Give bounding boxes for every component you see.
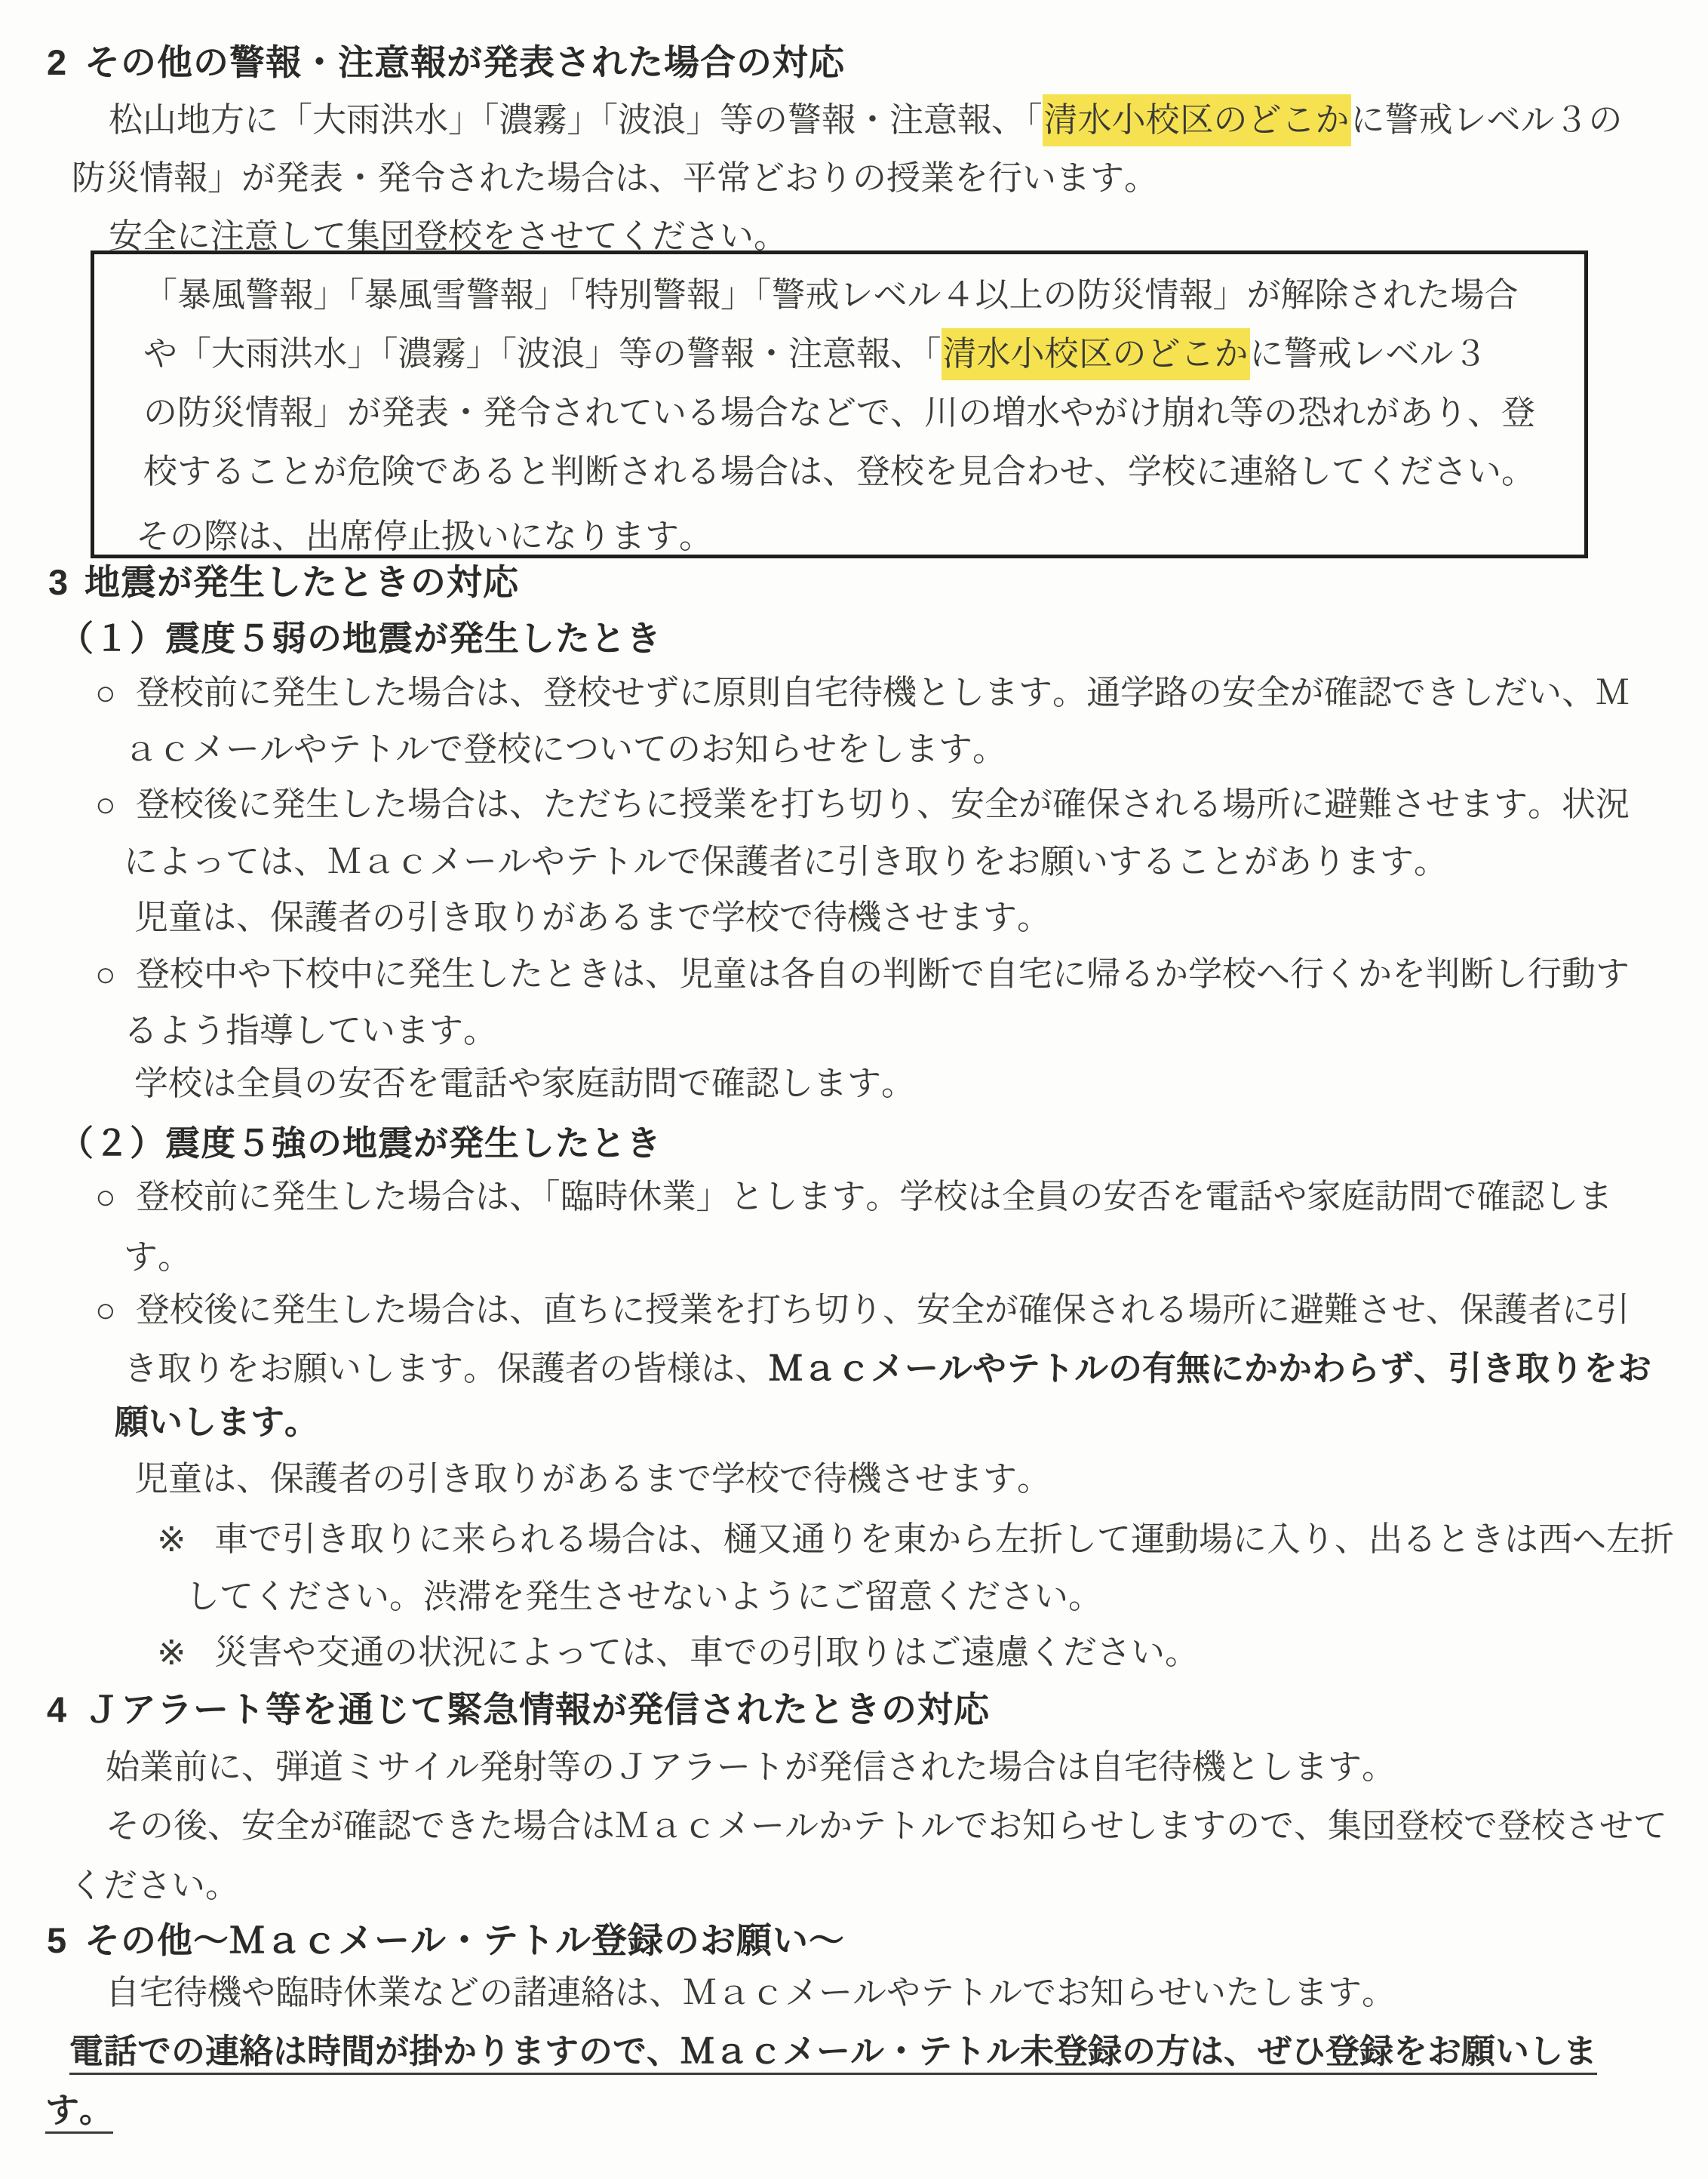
text-segment: に警戒レベル３の <box>1351 101 1623 139</box>
section-4-number: 4 <box>47 1689 67 1730</box>
sec2-para1-line1: 松山地方に「大雨洪水」「濃霧」「波浪」等の警報・注意報、「清水小校区のどこかに警… <box>109 101 1623 140</box>
text-segment: 登校後に発生した場合は、直ちに授業を打ち切り、安全が確保される場所に避難させ、保… <box>136 1291 1630 1329</box>
text-segment: 登校前に発生した場合は、「臨時休業」とします。学校は全員の安否を電話や家庭訪問で… <box>136 1178 1613 1216</box>
note-asterisk-icon: ※ <box>157 1520 186 1560</box>
highlighted-text: 清水小校区のどこか <box>1043 94 1351 146</box>
sub2-note1-line1: 車で引き取りに来られる場合は、樋又通りを東から左折して運動場に入り、出るときは西… <box>214 1520 1674 1560</box>
bold-emphasis-text: す。 <box>45 2091 113 2129</box>
text-segment: によっては、Ｍａｃメールやテトルで保護者に引き取りをお願いすることがあります。 <box>124 843 1448 881</box>
text-segment: その後、安全が確認できた場合はＭａｃメールかテトルでお知らせしますので、集団登校… <box>106 1807 1667 1845</box>
text-segment: 校することが危険であると判断される場合は、登校を見合わせ、学校に連絡してください… <box>143 453 1535 490</box>
sub2-item2-line1: 登校後に発生した場合は、直ちに授業を打ち切り、安全が確保される場所に避難させ、保… <box>136 1291 1630 1330</box>
section-2-number: 2 <box>47 42 67 83</box>
text-segment: その他～Ｍａｃメール・テトル登録のお願い～ <box>84 1920 845 1960</box>
sub1-item1-line1: 登校前に発生した場合は、登校せずに原則自宅待機とします。通学路の安全が確認できし… <box>136 674 1630 713</box>
bold-emphasis-text: 願いします。 <box>115 1403 318 1441</box>
sec5-para2-line2: す。 <box>45 2091 113 2131</box>
warning-box-line3: の防災情報」が発表・発令されている場合などで、川の増水やがけ崩れ等の恐れがあり、… <box>143 394 1535 433</box>
text-segment: に警戒レベル３ <box>1250 335 1488 373</box>
text-segment: 災害や交通の状況によっては、車での引取りはご遠慮ください。 <box>214 1633 1199 1671</box>
sub1-item3-line3: 学校は全員の安否を電話や家庭訪問で確認します。 <box>134 1065 915 1104</box>
bullet-circle-icon: ○ <box>95 785 116 825</box>
text-segment: 登校中や下校中に発生したときは、児童は各自の判断で自宅に帰るか学校へ行くかを判断… <box>136 955 1630 993</box>
text-segment: 車で引き取りに来られる場合は、樋又通りを東から左折して運動場に入り、出るときは西… <box>214 1520 1674 1558</box>
note-asterisk-icon: ※ <box>157 1633 186 1673</box>
sub2-item1-line1: 登校前に発生した場合は、「臨時休業」とします。学校は全員の安否を電話や家庭訪問で… <box>136 1178 1613 1217</box>
text-segment: す。 <box>124 1238 192 1276</box>
sub1-item3-line2: るよう指導しています。 <box>124 1012 497 1051</box>
text-segment: （１）震度５弱の地震が発生したとき <box>59 619 662 658</box>
warning-box-line1: 「暴風警報」「暴風雪警報」「特別警報」「警戒レベル４以上の防災情報」が解除された… <box>143 276 1519 315</box>
text-segment: ください。 <box>69 1867 239 1904</box>
warning-box-line5: その際は、出席停止扱いになります。 <box>136 518 713 557</box>
sub2-item2-line3: 願いします。 <box>115 1403 318 1443</box>
bullet-circle-icon: ○ <box>95 1178 116 1218</box>
sub1-item2-line1: 登校後に発生した場合は、ただちに授業を打ち切り、安全が確保される場所に避難させま… <box>136 785 1630 825</box>
text-segment: 安全に注意して集団登校をさせてください。 <box>109 217 788 255</box>
sub2-note1-line2: してください。渋滞を発生させないようにご留意ください。 <box>186 1578 1102 1617</box>
sec2-para1-line2: 防災情報」が発表・発令された場合は、平常どおりの授業を行います。 <box>72 159 1158 198</box>
sub2-item2-line4: 児童は、保護者の引き取りがあるまで学校で待機させます。 <box>134 1460 1051 1499</box>
sub1-item2-line2: によっては、Ｍａｃメールやテトルで保護者に引き取りをお願いすることがあります。 <box>124 843 1448 882</box>
sec4-para2-line1: その後、安全が確認できた場合はＭａｃメールかテトルでお知らせしますので、集団登校… <box>106 1807 1667 1846</box>
text-segment: 「暴風警報」「暴風雪警報」「特別警報」「警戒レベル４以上の防災情報」が解除された… <box>143 276 1519 314</box>
section-5-number: 5 <box>47 1920 67 1961</box>
document-page: 2その他の警報・注意報が発表された場合の対応松山地方に「大雨洪水」「濃霧」「波浪… <box>0 0 1708 2179</box>
text-segment: 始業前に、弾道ミサイル発射等のＪアラートが発信された場合は自宅待機とします。 <box>106 1748 1396 1786</box>
text-segment: 学校は全員の安否を電話や家庭訪問で確認します。 <box>134 1065 915 1102</box>
text-segment: き取りをお願いします。保護者の皆様は、 <box>124 1350 769 1388</box>
text-segment: 松山地方に「大雨洪水」「濃霧」「波浪」等の警報・注意報、「 <box>109 101 1043 139</box>
sub1-item1-line2: ａｃメールやテトルで登校についてのお知らせをします。 <box>124 730 1006 770</box>
warning-box-line4: 校することが危険であると判断される場合は、登校を見合わせ、学校に連絡してください… <box>143 453 1535 492</box>
text-segment: 自宅待機や臨時休業などの諸連絡は、Ｍａｃメールやテトルでお知らせいたします。 <box>106 1974 1396 2012</box>
warning-box-line2: や「大雨洪水」「濃霧」「波浪」等の警報・注意報、「清水小校区のどこかに警戒レベル… <box>143 335 1488 374</box>
sec2-para2-line1: 安全に注意して集団登校をさせてください。 <box>109 217 788 257</box>
text-segment: その他の警報・注意報が発表された場合の対応 <box>84 42 845 82</box>
text-segment: 登校後に発生した場合は、ただちに授業を打ち切り、安全が確保される場所に避難させま… <box>136 785 1630 823</box>
sec4-para1-line1: 始業前に、弾道ミサイル発射等のＪアラートが発信された場合は自宅待機とします。 <box>106 1748 1396 1787</box>
text-segment: 地震が発生したときの対応 <box>84 562 519 602</box>
text-segment: してください。渋滞を発生させないようにご留意ください。 <box>186 1578 1102 1615</box>
text-segment: 児童は、保護者の引き取りがあるまで学校で待機させます。 <box>134 1460 1051 1498</box>
sec5-para1-line1: 自宅待機や臨時休業などの諸連絡は、Ｍａｃメールやテトルでお知らせいたします。 <box>106 1974 1396 2013</box>
section-4-heading: Ｊアラート等を通じて緊急情報が発信されたときの対応 <box>84 1689 990 1730</box>
sec5-para2-line1: 電話での連絡は時間が掛かりますので、Ｍａｃメール・テトル未登録の方は、ぜひ登録を… <box>69 2033 1597 2072</box>
text-segment: （２）震度５強の地震が発生したとき <box>59 1123 662 1163</box>
sub2-item1-line2: す。 <box>124 1238 192 1277</box>
bold-emphasis-text: 電話での連絡は時間が掛かりますので、Ｍａｃメール・テトル未登録の方は、ぜひ登録を… <box>69 2033 1597 2070</box>
section-3-heading: 地震が発生したときの対応 <box>84 562 519 603</box>
section-2-heading: その他の警報・注意報が発表された場合の対応 <box>84 42 845 83</box>
text-segment: Ｊアラート等を通じて緊急情報が発信されたときの対応 <box>84 1689 990 1729</box>
sub2-note2-line1: 災害や交通の状況によっては、車での引取りはご遠慮ください。 <box>214 1633 1199 1673</box>
text-segment: ａｃメールやテトルで登校についてのお知らせをします。 <box>124 730 1006 768</box>
highlighted-text: 清水小校区のどこか <box>942 328 1250 380</box>
bullet-circle-icon: ○ <box>95 955 116 995</box>
text-segment: 防災情報」が発表・発令された場合は、平常どおりの授業を行います。 <box>72 159 1158 197</box>
section-5-heading: その他～Ｍａｃメール・テトル登録のお願い～ <box>84 1920 845 1961</box>
text-segment: 児童は、保護者の引き取りがあるまで学校で待機させます。 <box>134 899 1051 936</box>
sec4-para2-line2: ください。 <box>69 1867 239 1906</box>
sec3-sub1-heading: （１）震度５弱の地震が発生したとき <box>59 619 662 659</box>
text-segment: るよう指導しています。 <box>124 1012 497 1050</box>
sec3-sub2-heading: （２）震度５強の地震が発生したとき <box>59 1123 662 1163</box>
text-segment: 登校前に発生した場合は、登校せずに原則自宅待機とします。通学路の安全が確認できし… <box>136 674 1630 711</box>
bullet-circle-icon: ○ <box>95 674 116 714</box>
text-segment: や「大雨洪水」「濃霧」「波浪」等の警報・注意報、「 <box>143 335 942 373</box>
text-segment: その際は、出席停止扱いになります。 <box>136 518 713 555</box>
bullet-circle-icon: ○ <box>95 1291 116 1331</box>
sub2-item2-line2: き取りをお願いします。保護者の皆様は、Ｍａｃメールやテトルの有無にかかわらず、引… <box>124 1349 1651 1389</box>
sub1-item2-line3: 児童は、保護者の引き取りがあるまで学校で待機させます。 <box>134 899 1051 938</box>
section-3-number: 3 <box>48 562 69 603</box>
bold-emphasis-text: Ｍａｃメールやテトルの有無にかかわらず、引き取りをお <box>769 1349 1651 1388</box>
sub1-item3-line1: 登校中や下校中に発生したときは、児童は各自の判断で自宅に帰るか学校へ行くかを判断… <box>136 955 1630 994</box>
text-segment: の防災情報」が発表・発令されている場合などで、川の増水やがけ崩れ等の恐れがあり、… <box>143 394 1535 432</box>
